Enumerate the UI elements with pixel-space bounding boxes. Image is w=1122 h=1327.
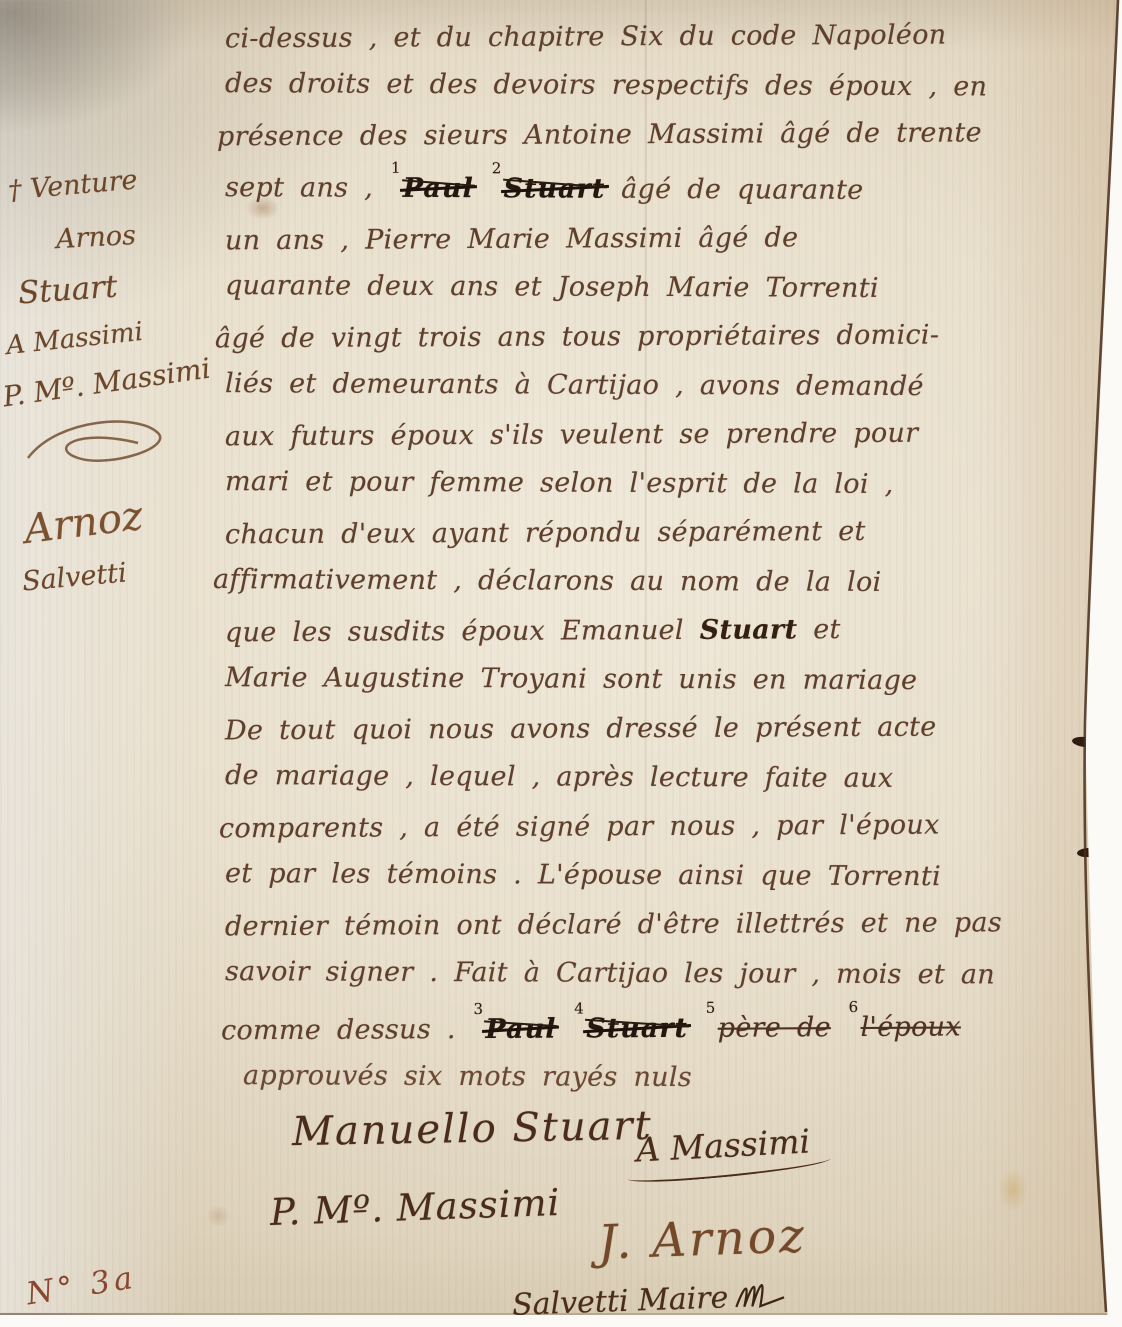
margin-signature-salvetti: Salvetti	[21, 557, 128, 597]
manuscript-line: liés et demeurants à Cartijao , avons de…	[225, 359, 1110, 412]
act-number-label: N° 3a	[24, 1260, 139, 1313]
signature-salvetti-maire-text: Salvetti Maire	[512, 1280, 729, 1323]
manuscript-line: et par les témoins . L'épouse ainsi que …	[225, 849, 1110, 902]
body-text-segment: présence des sieurs Antoine Massimi âgé …	[217, 117, 982, 152]
body-text-segment	[831, 1012, 847, 1043]
body-text-segment: que les susdits époux Emanuel	[225, 615, 700, 648]
margin-signature-pm-massimi: P. Mº. Massimi	[1, 352, 213, 414]
manuscript-line: ci-dessus , et du chapitre Six du code N…	[225, 10, 1110, 64]
manuscript-line: De tout quoi nous avons dressé le présen…	[225, 702, 1110, 756]
struck-text: père de	[718, 1012, 831, 1044]
margin-signature-arnoz: Arnoz	[22, 493, 146, 553]
body-text-segment: chacun d'eux ayant répondu séparément et	[225, 516, 866, 550]
body-text-segment: comparents , a été signé par nous , par …	[219, 810, 940, 845]
flourish-paraph	[18, 408, 188, 478]
body-text-segment	[556, 1013, 572, 1044]
body-text-segment: De tout quoi nous avons dressé le présen…	[225, 712, 937, 747]
signature-pm-massimi: P. Mº. Massimi	[269, 1181, 561, 1234]
body-text-segment: sept ans ,	[225, 172, 389, 204]
insertion-number: 1	[391, 159, 401, 177]
struck-text: Stuart	[586, 1013, 688, 1045]
body-text-segment: un ans , Pierre Marie Massimi âgé de	[225, 222, 799, 256]
body-text-segment: et par les témoins . L'épouse ainsi que …	[225, 858, 941, 892]
margin-signature-a-massimi: A Massimi	[5, 317, 145, 361]
body-text-segment: âgé de quarante	[605, 174, 863, 206]
body-text-segment: liés et demeurants à Cartijao , avons de…	[225, 368, 924, 402]
body-text-segment: mari et pour femme selon l'esprit de la …	[225, 466, 894, 500]
act-body-text: ci-dessus , et du chapitre Six du code N…	[225, 12, 1110, 1102]
struck-text: Stuart	[700, 614, 798, 646]
insertion-number: 3	[473, 1000, 483, 1018]
body-text-segment: comme dessus .	[221, 1014, 472, 1046]
manuscript-line: dernier témoin ont déclaré d'être illett…	[225, 898, 1110, 952]
manuscript-line: Marie Augustine Troyani sont unis en mar…	[225, 653, 1110, 706]
body-text-segment: des droits et des devoirs respectifs des…	[225, 68, 987, 102]
body-text-segment	[688, 1013, 704, 1044]
manuscript-line: un ans , Pierre Marie Massimi âgé de	[225, 212, 1110, 266]
margin-signature-stuart: Stuart	[17, 269, 119, 312]
struck-text: Paul	[403, 173, 474, 204]
manuscript-line: comparents , a été signé par nous , par …	[219, 800, 1110, 854]
struck-text: Stuart	[503, 173, 605, 204]
body-text-segment: approuvés six mots rayés nuls	[243, 1060, 692, 1093]
body-text-segment: dernier témoin ont déclaré d'être illett…	[225, 907, 1002, 942]
manuscript-line: de mariage , lequel , après lecture fait…	[225, 751, 1110, 804]
manuscript-line: que les susdits époux Emanuel Stuart et	[225, 604, 1110, 658]
paraph-flourish	[732, 1279, 789, 1319]
margin-signature-venture: † Venture	[7, 164, 139, 206]
struck-text: l'époux	[860, 1011, 960, 1043]
insertion-number: 5	[706, 999, 716, 1017]
body-text-segment: et	[797, 614, 840, 645]
signature-manuello-stuart: Manuello Stuart	[292, 1103, 653, 1155]
body-text-segment: âgé de vingt trois ans tous propriétaire…	[215, 320, 939, 355]
body-text-segment: Marie Augustine Troyani sont unis en mar…	[225, 662, 918, 696]
manuscript-line: chacun d'eux ayant répondu séparément et	[225, 506, 1110, 560]
manuscript-line: approuvés six mots rayés nuls	[243, 1051, 1110, 1104]
body-text-segment	[474, 173, 490, 204]
body-text-segment: affirmativement , déclarons au nom de la…	[213, 564, 882, 598]
signature-j-arnoz: J. Arnoz	[597, 1208, 808, 1270]
manuscript-line: quarante deux ans et Joseph Marie Torren…	[225, 261, 1110, 314]
margin-signature-arnos: Arnos	[55, 220, 136, 255]
manuscript-line: savoir signer . Fait à Cartijao les jour…	[225, 947, 1110, 1000]
insertion-number: 4	[574, 999, 584, 1017]
body-text-segment: savoir signer . Fait à Cartijao les jour…	[225, 956, 995, 990]
manuscript-line: aux futurs époux s'ils veulent se prendr…	[225, 408, 1110, 462]
insertion-number: 2	[492, 159, 502, 177]
body-text-segment: de mariage , lequel , après lecture fait…	[225, 760, 893, 794]
manuscript-page: † Venture Arnos Stuart A Massimi P. Mº. …	[0, 0, 1122, 1315]
manuscript-line: des droits et des devoirs respectifs des…	[225, 59, 1110, 112]
manuscript-line: âgé de vingt trois ans tous propriétaire…	[215, 310, 1110, 364]
scanned-document: † Venture Arnos Stuart A Massimi P. Mº. …	[0, 0, 1122, 1327]
manuscript-line: sept ans , 1Paul 2Stuart âgé de quarante	[225, 157, 1110, 216]
insertion-number: 6	[849, 998, 859, 1016]
signature-a-massimi: A Massimi	[635, 1121, 811, 1169]
manuscript-line: comme dessus . 3Paul 4Stuart 5père de 6l…	[221, 996, 1110, 1056]
body-text-segment: ci-dessus , et du chapitre Six du code N…	[225, 20, 947, 55]
struck-text: Paul	[485, 1014, 556, 1045]
paper-stain	[206, 1205, 230, 1227]
paper-stain	[998, 1168, 1028, 1212]
body-text-segment: quarante deux ans et Joseph Marie Torren…	[225, 270, 879, 304]
manuscript-line: présence des sieurs Antoine Massimi âgé …	[217, 108, 1110, 162]
body-text-segment: aux futurs époux s'ils veulent se prendr…	[225, 418, 919, 453]
manuscript-line: mari et pour femme selon l'esprit de la …	[225, 457, 1110, 510]
manuscript-line: affirmativement , déclarons au nom de la…	[213, 555, 1110, 608]
signature-salvetti-maire: Salvetti Maire	[511, 1275, 788, 1323]
ink-blot	[1077, 847, 1100, 858]
